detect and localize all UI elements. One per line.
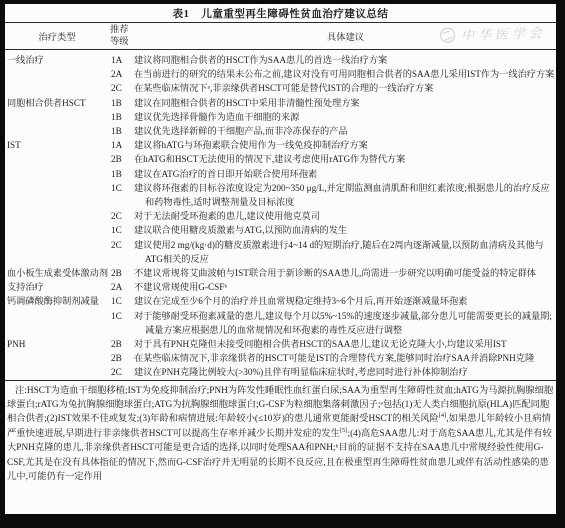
- grade-cell: 2A: [109, 67, 134, 81]
- recommendation-cell: 在某些临床情况下,非亲缘供者的HSCT可能是IST的合理替代方案,能够同时治疗S…: [134, 351, 556, 365]
- table-row: 2C在某些临床情况下ᵃ,非亲缘供者HSCT可能是替代IST的合理的一线治疗方案: [109, 81, 556, 95]
- table-footnote: 注:HSCT为造血干细胞移植;IST为免疫抑制治疗;PNH为阵发性睡眠性血红蛋白…: [5, 381, 556, 485]
- table-row: 2C建议在PNH克隆比例较大(>30%)且伴有明显临床症状时,考虑同时进行补体抑…: [109, 365, 556, 379]
- group-matched-sibling-hsct: 同胞相合供者HSCT 1B建议在同胞相合供者的HSCT中采用非清髓性预处理方案 …: [5, 96, 556, 139]
- group-cni-taper: 钙调磷酸酶抑制剂减量 1C建议在完成至少6个月的治疗并且血常规稳定维持3~6个月…: [5, 294, 556, 337]
- table-row: 1C建议将环孢素的目标谷浓度设定为200~350 μg/L,并定期监测血清肌酐和…: [109, 181, 556, 209]
- category-label: 同胞相合供者HSCT: [5, 96, 109, 110]
- group-ist: IST 1A建议将hATG与环孢素联合使用作为一线免疫抑制治疗方案 2B在hAT…: [5, 138, 556, 266]
- recommendation-cell: 建议在PNH克隆比例较大(>30%)且伴有明显临床症状时,考虑同时进行补体抑制治…: [134, 365, 556, 379]
- group-first-line-therapy: 一线治疗 1A建议将同胞相合供者的HSCT作为SAA患儿的首选一线治疗方案 2A…: [5, 53, 556, 96]
- recommendation-cell: 建议优先选择骨髓作为造血干细胞的来源: [134, 110, 556, 124]
- table-row: 1A建议将同胞相合供者的HSCT作为SAA患儿的首选一线治疗方案: [109, 53, 556, 67]
- recommendation-cell: 建议在ATG治疗的首日即开始联合使用环孢素: [134, 167, 556, 181]
- recommendation-cell: 不建议常规使用G-CSFᵇ: [134, 280, 556, 294]
- grade-cell: 1C: [109, 223, 134, 237]
- recommendation-cell: 建议在同胞相合供者的HSCT中采用非清髓性预处理方案: [134, 96, 556, 110]
- table-row: 2B在hATG和HSCT无法使用的情况下,建议考虑使用rATG作为替代方案: [109, 152, 556, 166]
- grade-header-line2: 等级: [110, 36, 135, 48]
- recommendation-cell: 建议使用2 mg/(kg·d)的糖皮质激素进行4~14 d的短期治疗,随后在2周…: [134, 238, 556, 266]
- column-header-treatment-type: 治疗类型: [5, 29, 109, 43]
- grade-header-line1: 推荐: [110, 24, 135, 36]
- grade-cell: 2A: [109, 280, 134, 294]
- table-title-text: 儿童重型再生障碍性贫血治疗建议总结: [201, 9, 388, 20]
- grade-cell: 1B: [109, 167, 134, 181]
- grade-cell: 2C: [109, 209, 134, 223]
- recommendation-cell: 不建议常规将艾曲波帕与IST联合用于新诊断的SAA患儿,尚需进一步研究以明确可能…: [134, 266, 556, 280]
- table-row: 2C建议使用2 mg/(kg·d)的糖皮质激素进行4~14 d的短期治疗,随后在…: [109, 238, 556, 266]
- recommendation-cell: 对于无法耐受环孢素的患儿,建议使用他克莫司: [134, 209, 556, 223]
- grade-cell: 1C: [109, 294, 134, 308]
- recommendation-cell: 建议将hATG与环孢素联合使用作为一线免疫抑制治疗方案: [134, 138, 556, 152]
- recommendation-cell: 在当前进行的研究的结果未公布之前,建议对没有可用同胞相合供者的SAA患儿采用IS…: [134, 67, 556, 81]
- recommendation-cell: 建议在完成至少6个月的治疗并且血常规稳定维持3~6个月后,再开始逐渐减量环孢素: [134, 294, 556, 308]
- group-tpo-receptor-agonist: 血小板生成素受体激动剂 2B不建议常规将艾曲波帕与IST联合用于新诊断的SAA患…: [5, 266, 556, 280]
- table-row: 1A建议将hATG与环孢素联合使用作为一线免疫抑制治疗方案: [109, 138, 556, 152]
- group-pnh: PNH 2B对于具有PNH克隆但未接受同胞相合供者HSCT的SAA患儿,建议无论…: [5, 337, 556, 380]
- category-label: 一线治疗: [5, 53, 109, 67]
- table-row: 1B建议在同胞相合供者的HSCT中采用非清髓性预处理方案: [109, 96, 556, 110]
- table-number: 表1: [173, 9, 190, 20]
- recommendation-cell: 对于能够耐受环孢素减量的患儿,建议每个月以5%~15%的速度逐步减量,部分患儿可…: [134, 309, 556, 337]
- table-row: 1C对于能够耐受环孢素减量的患儿,建议每个月以5%~15%的速度逐步减量,部分患…: [109, 309, 556, 337]
- table-row: 2A不建议常规使用G-CSFᵇ: [109, 280, 556, 294]
- table-title: 表1儿童重型再生障碍性贫血治疗建议总结: [5, 4, 556, 22]
- table-row: 1C建议在完成至少6个月的治疗并且血常规稳定维持3~6个月后,再开始逐渐减量环孢…: [109, 294, 556, 308]
- grade-cell: 2B: [109, 152, 134, 166]
- grade-cell: 1A: [109, 138, 134, 152]
- recommendation-cell: 在hATG和HSCT无法使用的情况下,建议考虑使用rATG作为替代方案: [134, 152, 556, 166]
- table-row: 1C建议联合使用糖皮质激素与ATG,以预防血清病的发生: [109, 223, 556, 237]
- group-supportive-care: 支持治疗 2A不建议常规使用G-CSFᵇ: [5, 280, 556, 294]
- scanned-journal-table-page: { "watermark": { "text": "中华医学会" }, "tab…: [0, 0, 565, 528]
- grade-cell: 1B: [109, 124, 134, 138]
- table-row: 2A在当前进行的研究的结果未公布之前,建议对没有可用同胞相合供者的SAA患儿采用…: [109, 67, 556, 81]
- category-label: IST: [5, 138, 109, 152]
- grade-cell: 2B: [109, 351, 134, 365]
- table-header-row: 治疗类型 推荐 等级 具体建议: [5, 23, 556, 49]
- grade-cell: 2C: [109, 81, 134, 95]
- grade-cell: 1C: [109, 181, 134, 195]
- table-row: 2C对于无法耐受环孢素的患儿,建议使用他克莫司: [109, 209, 556, 223]
- category-label: PNH: [5, 337, 109, 351]
- table-page: 中华医学会 表1儿童重型再生障碍性贫血治疗建议总结 治疗类型 推荐 等级 具体建…: [5, 4, 556, 514]
- table-row: 2B不建议常规将艾曲波帕与IST联合用于新诊断的SAA患儿,尚需进一步研究以明确…: [109, 266, 556, 280]
- recommendation-cell: 建议将环孢素的目标谷浓度设定为200~350 μg/L,并定期监测血清肌酐和胆红…: [134, 181, 556, 209]
- grade-cell: 1B: [109, 110, 134, 124]
- recommendation-cell: 建议将同胞相合供者的HSCT作为SAA患儿的首选一线治疗方案: [134, 53, 556, 67]
- category-label: 血小板生成素受体激动剂: [5, 266, 109, 280]
- table-row: 1B建议优先选择骨髓作为造血干细胞的来源: [109, 110, 556, 124]
- grade-cell: 2C: [109, 238, 134, 252]
- grade-cell: 2C: [109, 365, 134, 379]
- grade-cell: 1C: [109, 309, 134, 323]
- recommendation-cell: 对于具有PNH克隆但未接受同胞相合供者HSCT的SAA患儿,建议无论克隆大小,均…: [134, 337, 556, 351]
- table-body: 一线治疗 1A建议将同胞相合供者的HSCT作为SAA患儿的首选一线治疗方案 2A…: [5, 50, 556, 380]
- table-row: 2B在某些临床情况下,非亲缘供者的HSCT可能是IST的合理替代方案,能够同时治…: [109, 351, 556, 365]
- grade-cell: 1B: [109, 96, 134, 110]
- grade-cell: 1A: [109, 53, 134, 67]
- category-label: 支持治疗: [5, 280, 109, 294]
- grade-cell: 2B: [109, 337, 134, 351]
- recommendation-cell: 建议优先选择新鲜的干细胞产品,而非冷冻保存的产品: [134, 124, 556, 138]
- table-row: 1B建议优先选择新鲜的干细胞产品,而非冷冻保存的产品: [109, 124, 556, 138]
- column-header-grade: 推荐 等级: [109, 24, 135, 48]
- recommendation-cell: 在某些临床情况下ᵃ,非亲缘供者HSCT可能是替代IST的合理的一线治疗方案: [134, 81, 556, 95]
- table-row: 1B建议在ATG治疗的首日即开始联合使用环孢素: [109, 167, 556, 181]
- category-label: 钙调磷酸酶抑制剂减量: [5, 294, 109, 308]
- table-row: 2B对于具有PNH克隆但未接受同胞相合供者HSCT的SAA患儿,建议无论克隆大小…: [109, 337, 556, 351]
- recommendation-cell: 建议联合使用糖皮质激素与ATG,以预防血清病的发生: [134, 223, 556, 237]
- grade-cell: 2B: [109, 266, 134, 280]
- column-header-recommendation: 具体建议: [135, 29, 556, 43]
